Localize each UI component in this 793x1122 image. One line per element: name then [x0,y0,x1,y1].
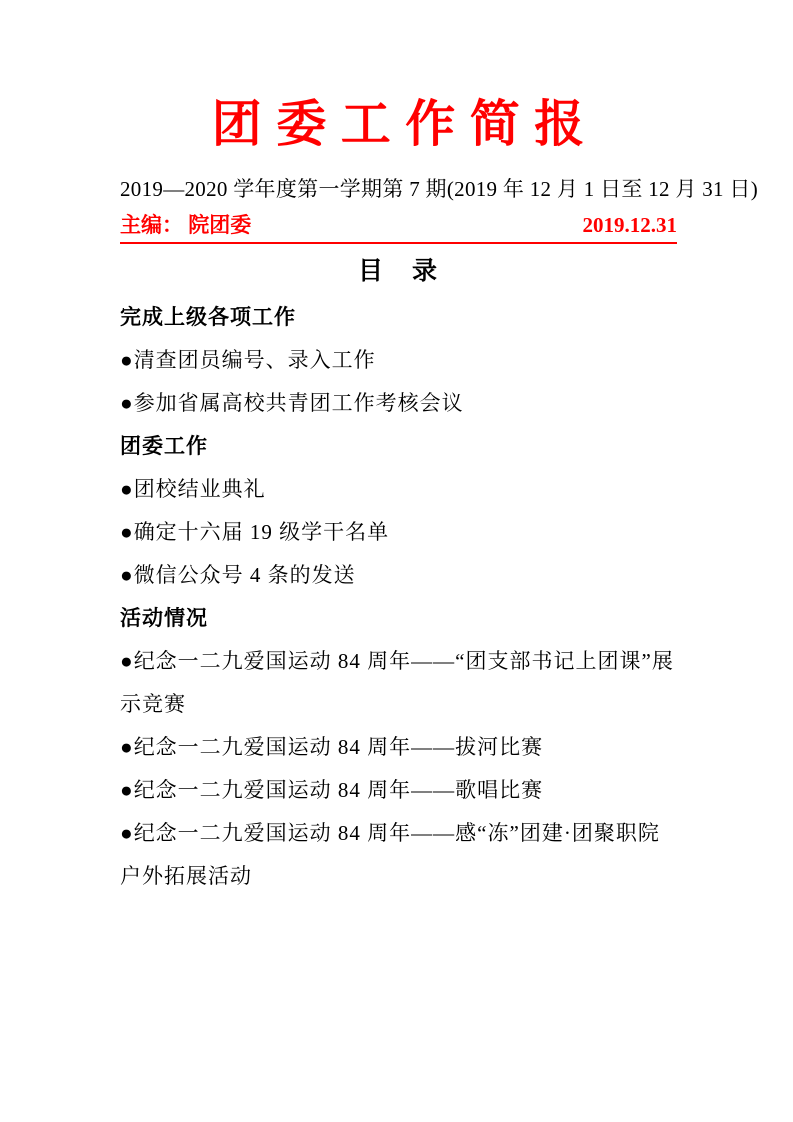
toc-item: ●纪念一二九爱国运动 84 周年——感“冻”团建·团聚职院户外拓展活动 [120,812,677,898]
toc-item: ●纪念一二九爱国运动 84 周年——“团支部书记上团课”展示竞赛 [120,640,677,726]
bullet-icon: ● [120,520,134,544]
editor-line: 主编： 院团委 2019.12.31 [120,210,677,244]
bullet-icon: ● [120,821,134,845]
toc-item-text: 清查团员编号、录入工作 [134,348,376,372]
toc-item: ●微信公众号 4 条的发送 [120,554,677,597]
toc-item-text: 参加省属高校共青团工作考核会议 [134,391,464,415]
toc-section-heading: 活动情况 [120,597,677,640]
toc-title: 目 录 [120,255,677,289]
bullet-icon: ● [120,563,134,587]
toc-item-text: 团校结业典礼 [134,477,266,501]
issue-subtitle: 2019—2020 学年度第一学期第 7 期(2019 年 12 月 1 日至 … [120,175,677,203]
toc-item-text: 微信公众号 4 条的发送 [134,563,356,587]
editor-label: 主编： 院团委 [120,210,251,240]
bullet-icon: ● [120,348,134,372]
toc-item: ●纪念一二九爱国运动 84 周年——歌唱比赛 [120,769,677,812]
issue-date: 2019.12.31 [583,210,678,240]
toc-item: ●确定十六届 19 级学干名单 [120,511,677,554]
toc-item-text: 确定十六届 19 级学干名单 [134,520,390,544]
document-title: 团 委 工 作 简 报 [120,92,677,157]
bullet-icon: ● [120,778,134,802]
toc-item-text: 纪念一二九爱国运动 84 周年——“团支部书记上团课”展示竞赛 [120,649,674,716]
toc-section-heading: 团委工作 [120,425,677,468]
bullet-icon: ● [120,735,134,759]
document-content: 团 委 工 作 简 报 2019—2020 学年度第一学期第 7 期(2019 … [120,0,677,898]
toc-item-text: 纪念一二九爱国运动 84 周年——歌唱比赛 [134,778,544,802]
toc-item: ●清查团员编号、录入工作 [120,339,677,382]
toc-item: ●参加省属高校共青团工作考核会议 [120,382,677,425]
bullet-icon: ● [120,649,134,673]
toc-item-text: 纪念一二九爱国运动 84 周年——感“冻”团建·团聚职院户外拓展活动 [120,821,660,888]
toc-item-text: 纪念一二九爱国运动 84 周年——拔河比赛 [134,735,544,759]
toc-section-heading: 完成上级各项工作 [120,296,677,339]
bullet-icon: ● [120,391,134,415]
toc-body: 完成上级各项工作 ●清查团员编号、录入工作 ●参加省属高校共青团工作考核会议 团… [120,296,677,898]
toc-item: ●团校结业典礼 [120,468,677,511]
bullet-icon: ● [120,477,134,501]
document-page: 团 委 工 作 简 报 2019—2020 学年度第一学期第 7 期(2019 … [0,0,793,1122]
toc-item: ●纪念一二九爱国运动 84 周年——拔河比赛 [120,726,677,769]
